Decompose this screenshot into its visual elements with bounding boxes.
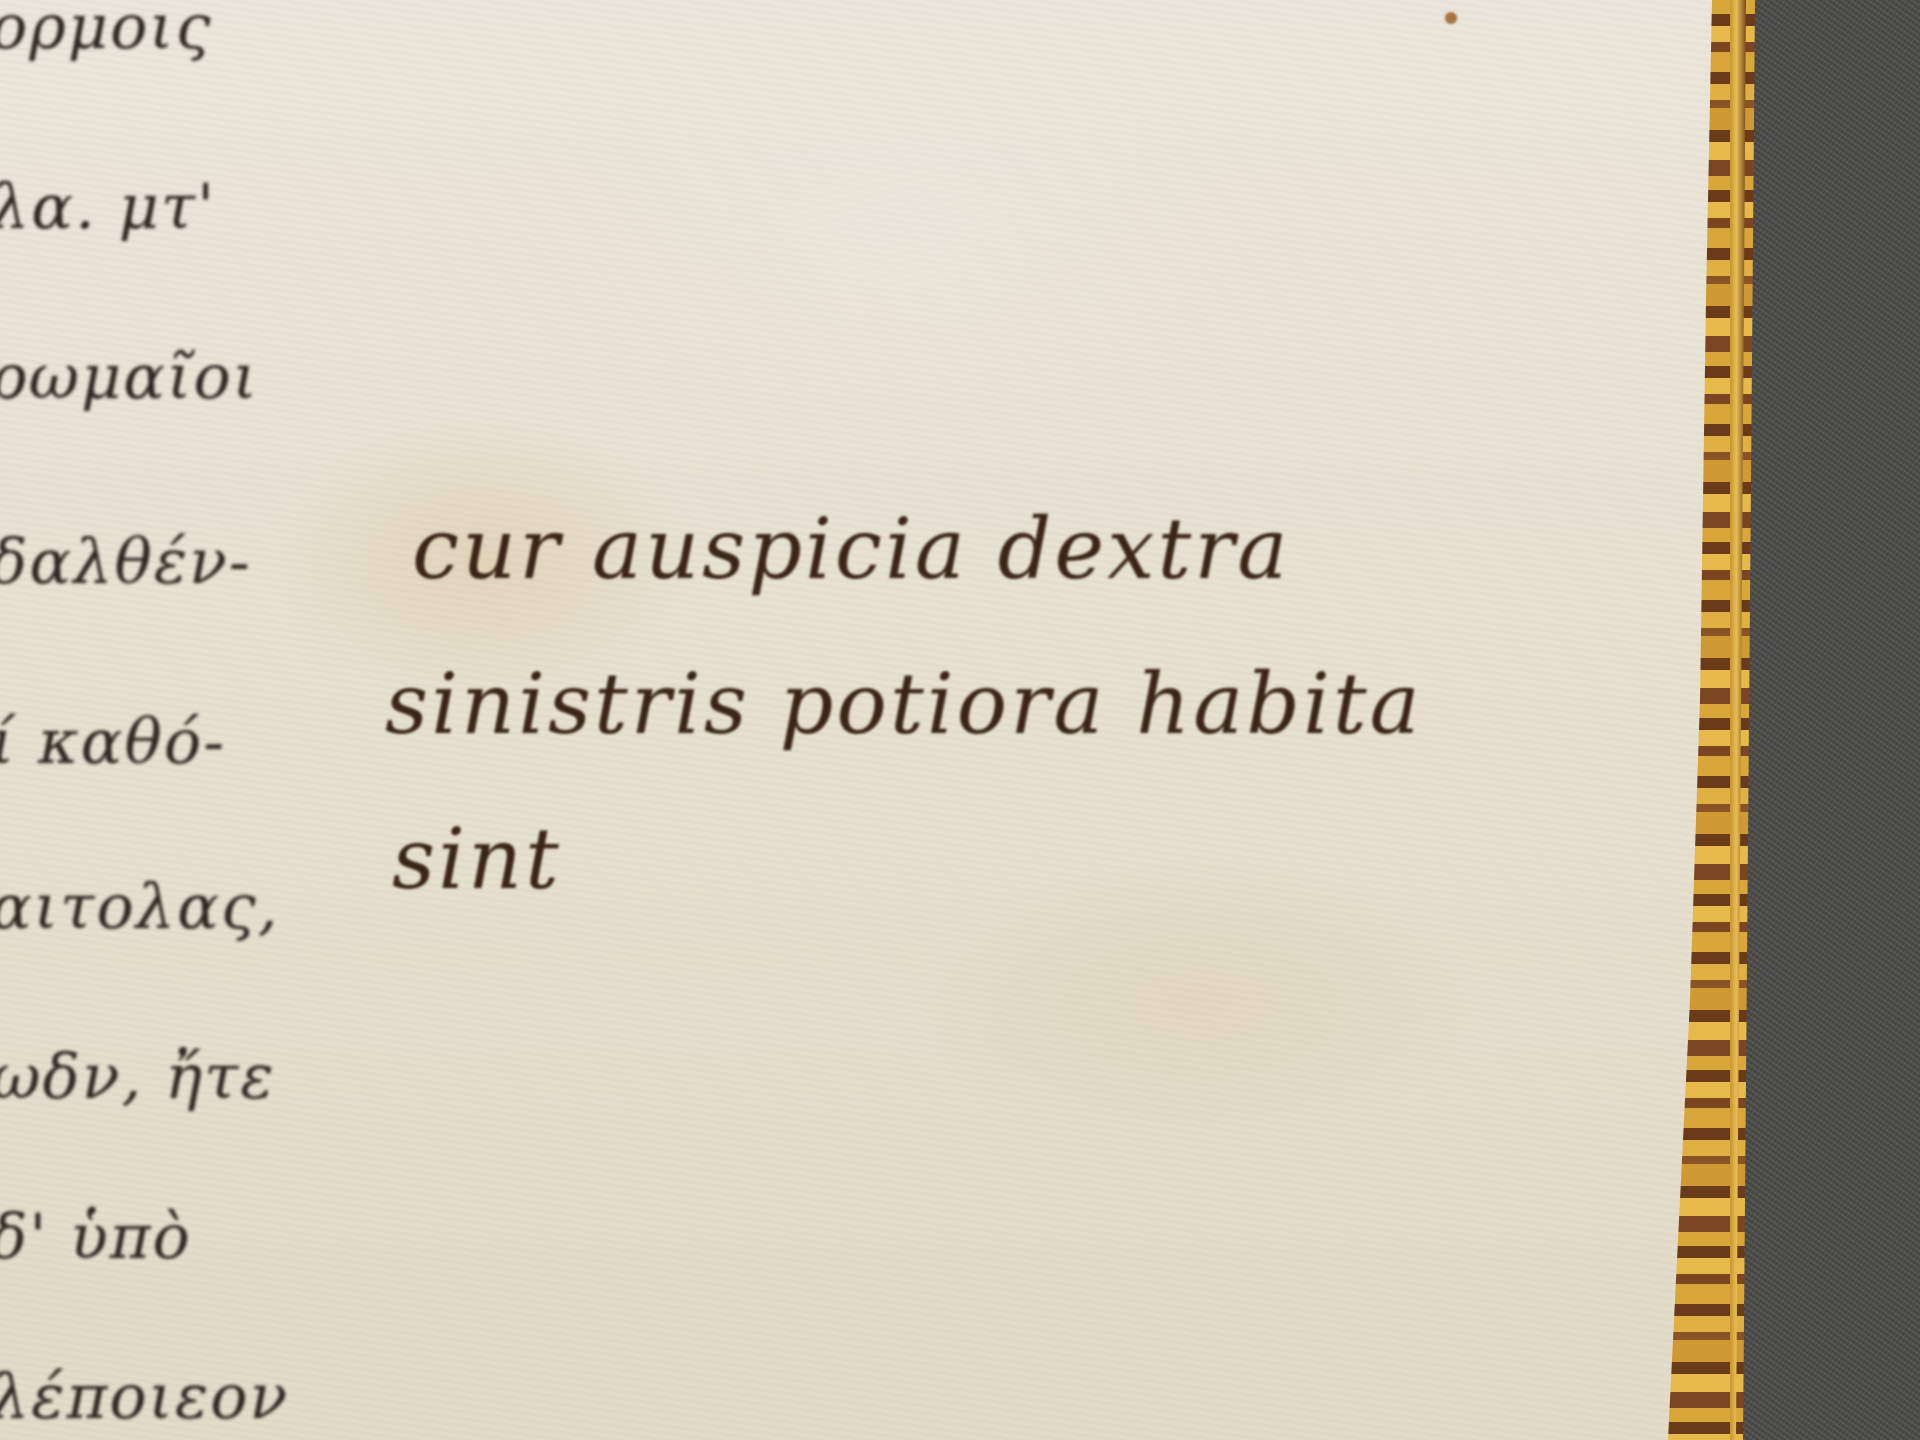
greek-line: ωδν, ἤτε xyxy=(0,1040,276,1113)
greek-text-column: ορμοις λα. μτ' ρωμαῖοι δαλθέν- ί καθό- α… xyxy=(0,0,370,1440)
greek-line: αιτολας, xyxy=(0,870,279,943)
latin-annotation-line-1: cur auspicia dextra xyxy=(412,500,1290,598)
greek-line: ρωμαῖοι xyxy=(0,340,259,413)
greek-line: ί καθό- xyxy=(0,705,226,778)
latin-annotation-line-2: sinistris potiora habita xyxy=(385,655,1423,753)
foxing-spot xyxy=(1445,12,1457,24)
greek-line: δ' ὑπὸ xyxy=(0,1200,192,1273)
greek-line: δαλθέν- xyxy=(0,525,252,598)
greek-line: λα. μτ' xyxy=(0,170,216,243)
greek-line: ορμοις xyxy=(0,0,212,63)
greek-line: λέποιεον xyxy=(0,1360,289,1433)
latin-annotation-line-3: sint xyxy=(392,810,562,908)
manuscript-page: ορμοις λα. μτ' ρωμαῖοι δαλθέν- ί καθό- α… xyxy=(0,0,1760,1440)
